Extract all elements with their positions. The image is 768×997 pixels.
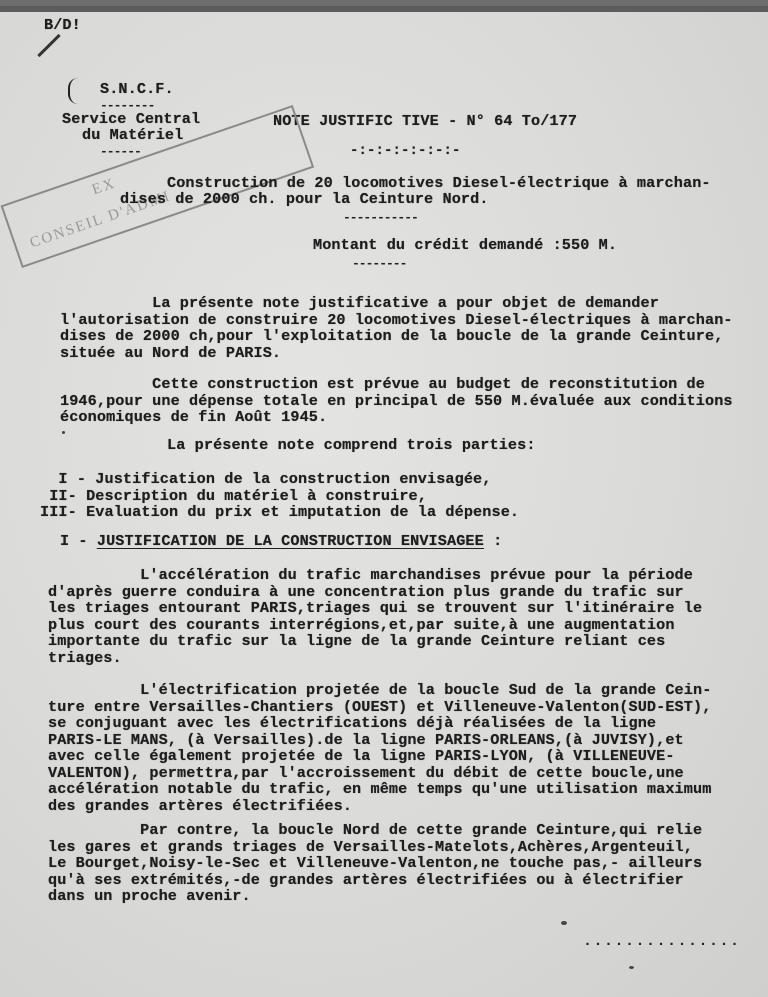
ink-speck <box>561 921 567 925</box>
handwritten-bracket <box>68 78 80 104</box>
paragraph-line: L'accélération du trafic marchandises pr… <box>48 568 693 583</box>
corner-annotation: B/D! <box>44 18 81 33</box>
continuation-dots: ............... <box>583 933 741 950</box>
paragraph-line: économiques de fin Août 1945. <box>60 410 327 425</box>
organization-name: S.N.C.F. <box>100 82 174 97</box>
paragraph-line: 1946,pour une dépense totale en principa… <box>60 394 733 409</box>
title-ornament: -:-:-:-:-:-:- <box>350 144 461 159</box>
paragraph-line: qu'à ses extrémités,-de grandes artères … <box>48 873 684 888</box>
paragraph-line: accélération notable du trafic, en même … <box>48 782 711 797</box>
paragraph-line: triages. <box>48 651 122 666</box>
paragraph-line: d'après guerre conduira à une concentrat… <box>48 585 684 600</box>
paragraph-line: PARIS-LE MANS, (à Versailles).de la lign… <box>48 733 684 748</box>
paragraph-line: Cette construction est prévue au budget … <box>60 377 705 392</box>
paragraph-line: ture entre Versailles-Chantiers (OUEST) … <box>48 700 711 715</box>
ink-speck <box>629 966 634 969</box>
paragraph-line: des grandes artères électrifiées. <box>48 799 352 814</box>
credit-rule: -------- <box>352 256 406 271</box>
paragraph-line: dises de 2000 ch,pour l'exploitation de … <box>60 329 723 344</box>
subject-line-2: dises de 2000 ch. pour la Ceinture Nord. <box>120 192 489 207</box>
document-page: B/D! S.N.C.F. -------- Service Central d… <box>0 6 768 997</box>
stamp-line-1: EX <box>90 175 118 199</box>
paragraph-line: La présente note justificative a pour ob… <box>60 296 659 311</box>
paragraph-line: située au Nord de PARIS. <box>60 346 281 361</box>
department-line-2: du Matériel <box>82 128 183 143</box>
section-heading: I - JUSTIFICATION DE LA CONSTRUCTION ENV… <box>60 534 502 549</box>
paragraph-line: L'électrification projetée de la boucle … <box>48 683 711 698</box>
paragraph-line: l'autorisation de construire 20 locomoti… <box>60 313 733 328</box>
ink-speck <box>62 431 65 434</box>
part-item: II- Description du matériel à construire… <box>40 489 427 504</box>
paragraph-line: importante du trafic sur la ligne de la … <box>48 634 665 649</box>
paragraph-line: VALENTON), permettra,par l'accroissement… <box>48 766 684 781</box>
paragraph-line: plus court des courants interrégions,et,… <box>48 618 675 633</box>
scan-edge <box>0 6 768 12</box>
credit-amount: Montant du crédit demandé :550 M. <box>313 238 617 253</box>
paragraph-line: Par contre, la boucle Nord de cette gran… <box>48 823 702 838</box>
part-item: III- Evaluation du prix et imputation de… <box>40 505 519 520</box>
paragraph-line: Le Bourget,Noisy-le-Sec et Villeneuve-Va… <box>48 856 702 871</box>
paragraph-line: les gares et grands triages de Versaille… <box>48 840 693 855</box>
pen-mark <box>37 34 60 57</box>
section-number: I - <box>60 532 97 550</box>
paragraph-line: avec celle également projetée de la lign… <box>48 749 675 764</box>
paragraph-line: se conjuguant avec les électrifications … <box>48 716 656 731</box>
department-line-1: Service Central <box>62 112 200 127</box>
parts-intro: La présente note comprend trois parties: <box>167 438 536 453</box>
section-title: JUSTIFICATION DE LA CONSTRUCTION ENVISAG… <box>97 532 484 550</box>
paragraph-line: les triages entourant PARIS,triages qui … <box>48 601 702 616</box>
section-suffix: : <box>484 532 502 550</box>
subject-line-1: Construction de 20 locomotives Diesel-él… <box>167 176 711 191</box>
paragraph-line: dans un proche avenir. <box>48 889 251 904</box>
part-item: I - Justification de la construction env… <box>40 472 492 487</box>
subject-rule: ----------- <box>343 210 418 225</box>
department-rule: ------ <box>100 144 141 159</box>
note-title: NOTE JUSTIFIC TIVE - N° 64 To/177 <box>273 114 577 129</box>
